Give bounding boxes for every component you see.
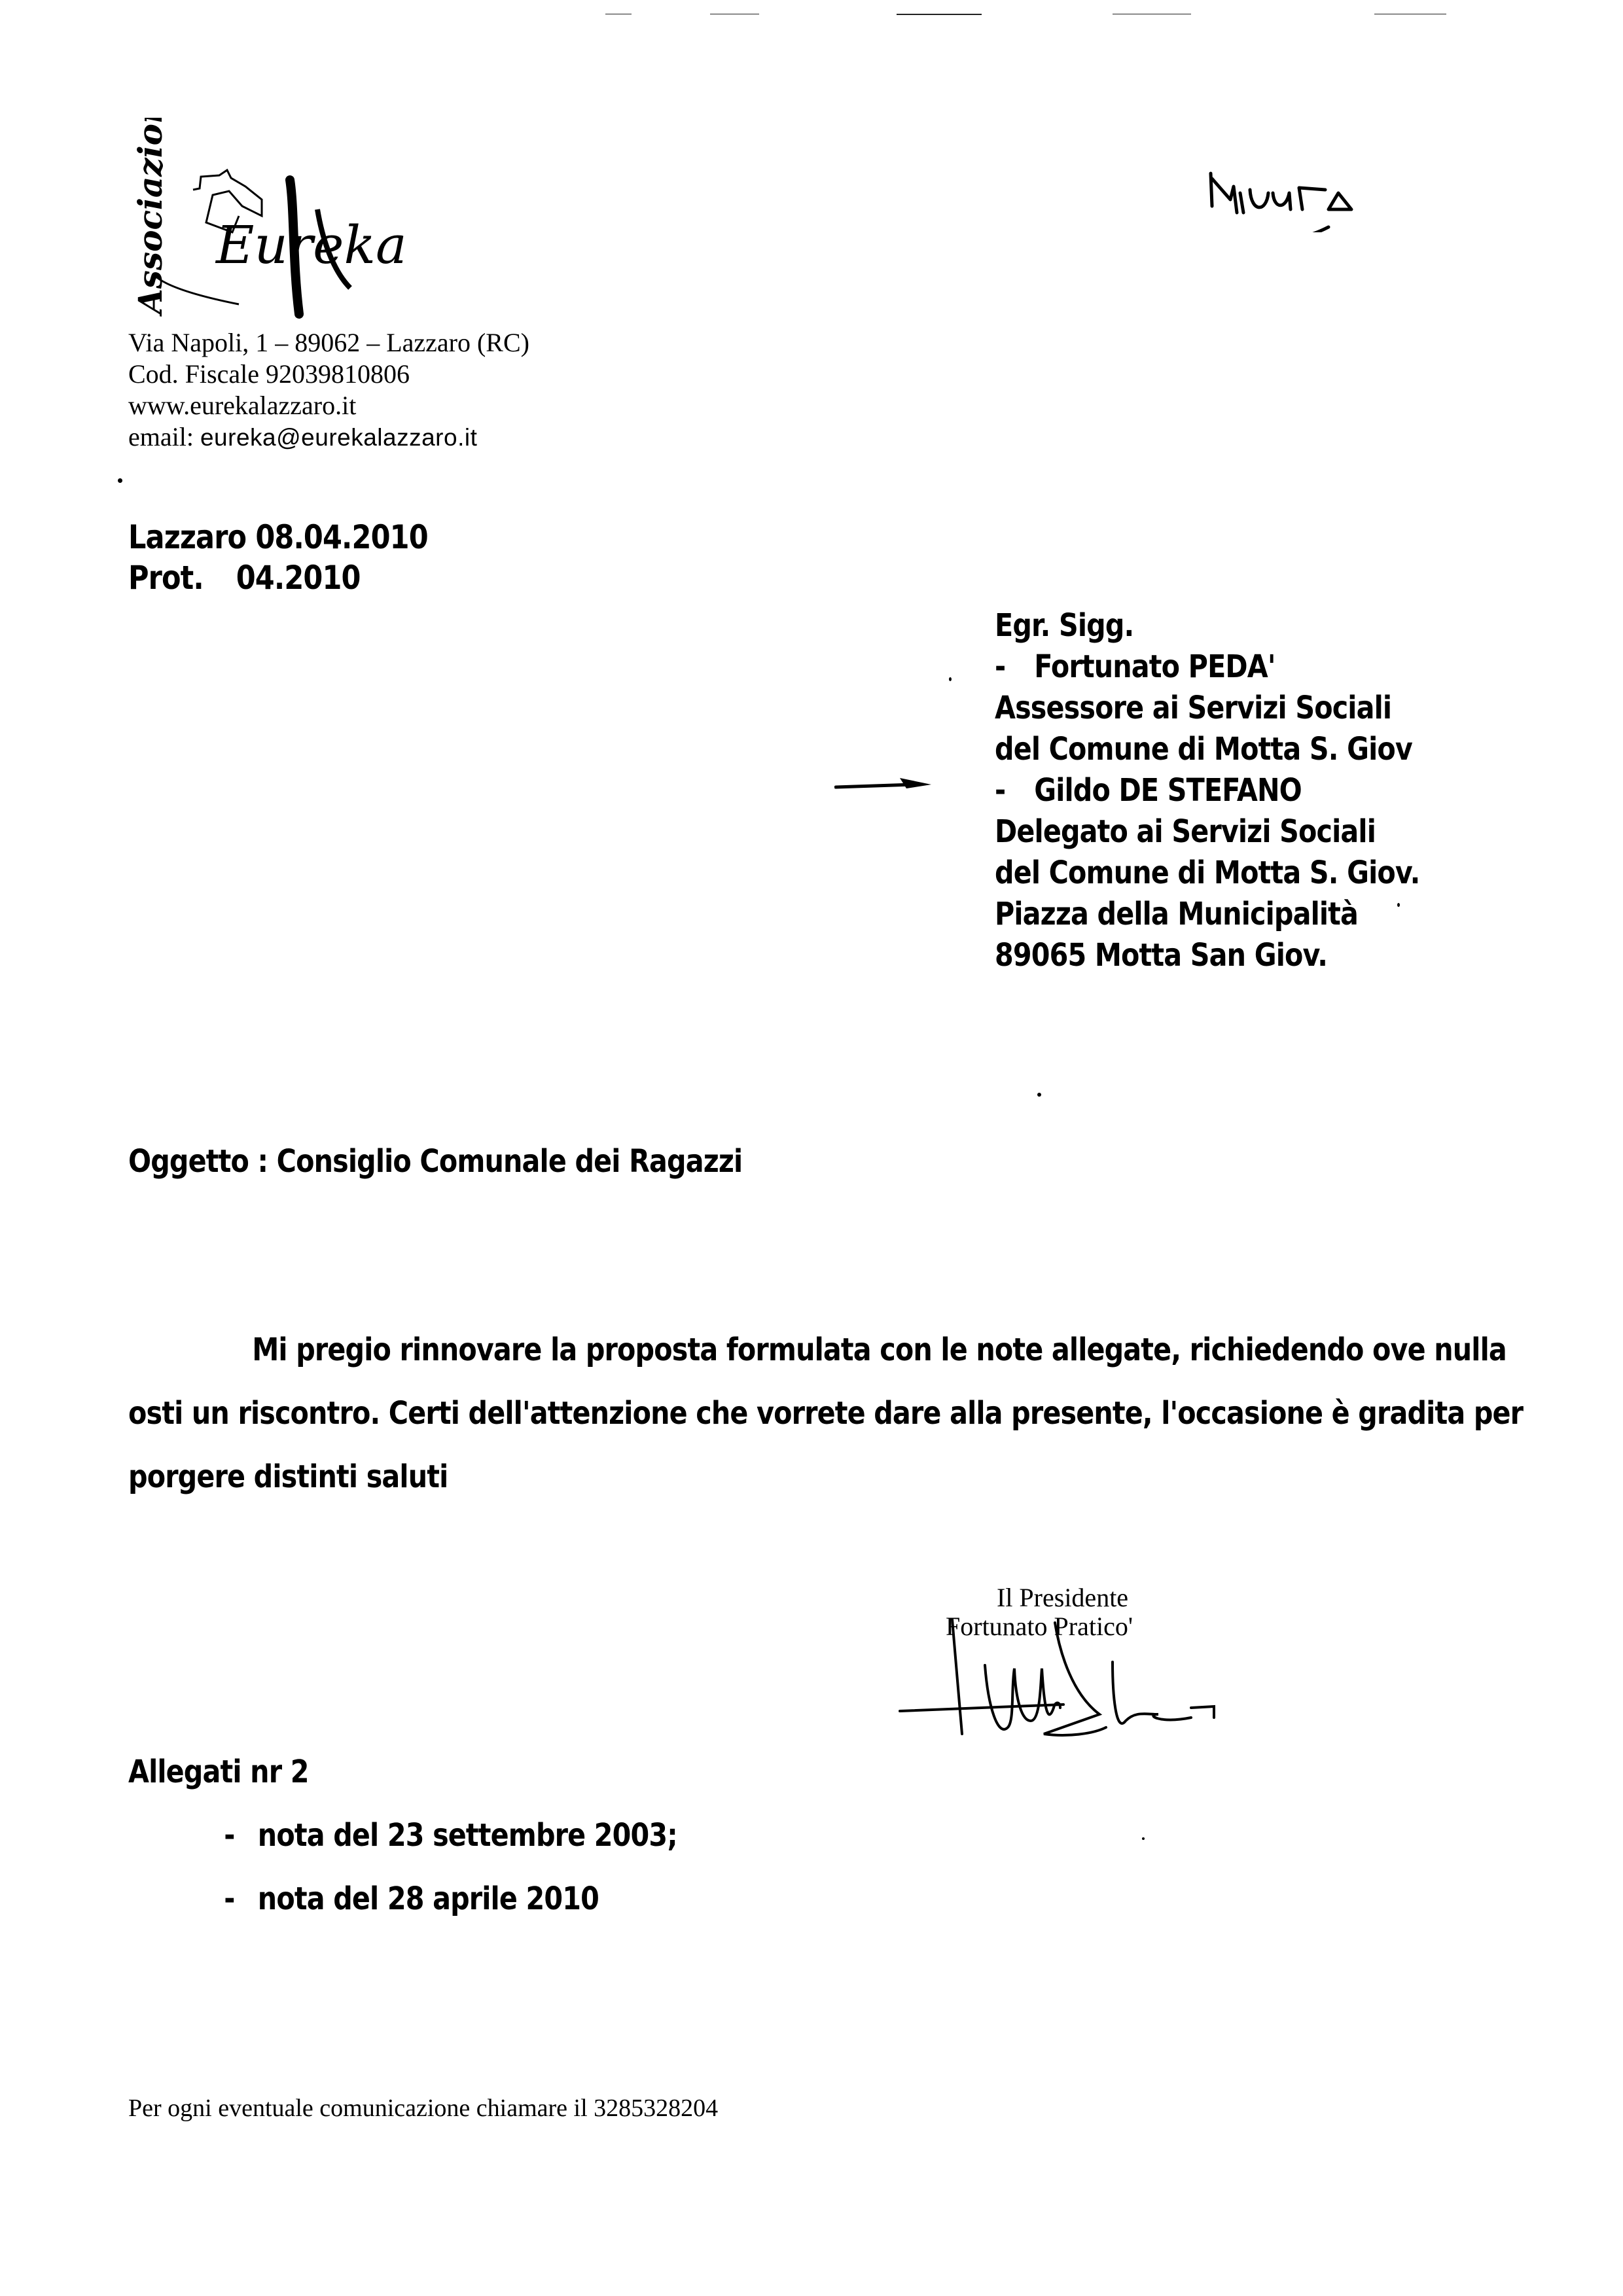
scan-speck xyxy=(118,478,122,483)
handwritten-signature xyxy=(883,1603,1276,1740)
website-link[interactable]: www.eurekalazzaro.it xyxy=(128,390,529,421)
svg-text:Associazione: Associazione xyxy=(131,118,169,317)
protocol-line: Prot.04.2010 xyxy=(128,557,428,598)
body-line-3: porgere distinti saluti xyxy=(128,1445,1321,1509)
recipient-1-name: -Fortunato PEDA' xyxy=(995,646,1419,688)
fiscal-code: Cod. Fiscale 92039810806 xyxy=(128,359,529,390)
recipient-2-role: Delegato ai Servizi Sociali xyxy=(995,811,1419,853)
recipient-block: Egr. Sigg. -Fortunato PEDA' Assessore ai… xyxy=(995,605,1419,976)
recipient-street: Piazza della Municipalità xyxy=(995,894,1419,935)
scan-speck xyxy=(949,677,952,681)
recipient-1-role: Assessore ai Servizi Sociali xyxy=(995,688,1419,729)
email-link[interactable]: eureka@eurekalazzaro.it xyxy=(200,424,477,451)
salutation: Egr. Sigg. xyxy=(995,605,1419,646)
address: Via Napoli, 1 – 89062 – Lazzaro (RC) xyxy=(128,327,529,359)
date-line: Lazzaro 08.04.2010 xyxy=(128,517,428,557)
letter-body: Mi pregio rinnovare la proposta formulat… xyxy=(128,1318,1321,1509)
date-block: Lazzaro 08.04.2010 Prot.04.2010 xyxy=(128,517,428,598)
recipient-2-office: del Comune di Motta S. Giov. xyxy=(995,853,1419,894)
scan-artifact xyxy=(897,14,982,15)
email-line: email: eureka@eurekalazzaro.it xyxy=(128,421,529,453)
recipient-city: 89065 Motta San Giov. xyxy=(995,935,1419,976)
attachment-item: -nota del 23 settembre 2003; xyxy=(128,1804,677,1867)
recipient-1-office: del Comune di Motta S. Giov xyxy=(995,729,1419,770)
arrow-right-icon xyxy=(834,775,939,795)
footer-contact: Per ogni eventuale comunicazione chiamar… xyxy=(128,2094,718,2123)
association-logo: Associazione Eureka xyxy=(128,118,435,327)
eureka-logo-icon: Associazione Eureka xyxy=(128,118,435,327)
recipient-2-name: -Gildo DE STEFANO xyxy=(995,770,1419,811)
email-label: email: xyxy=(128,422,194,451)
scan-artifact xyxy=(710,14,759,14)
body-line-2: osti un riscontro. Certi dell'attenzione… xyxy=(128,1382,1321,1445)
attachments-section: Allegati nr 2 -nota del 23 settembre 200… xyxy=(128,1740,677,1931)
scan-speck xyxy=(1142,1837,1145,1840)
handwritten-note: Minuta xyxy=(1204,147,1400,232)
subject-line: Oggetto : Consiglio Comunale dei Ragazzi xyxy=(128,1142,742,1181)
attachments-heading: Allegati nr 2 xyxy=(128,1740,677,1804)
svg-text:Eureka: Eureka xyxy=(215,215,407,275)
handwritten-minuta-icon: Minuta xyxy=(1204,147,1400,232)
scan-artifact xyxy=(1374,14,1446,14)
scan-speck xyxy=(1397,903,1400,907)
protocol-label: Prot. xyxy=(128,559,204,597)
scan-speck xyxy=(1037,1093,1041,1097)
scan-artifact xyxy=(605,14,632,14)
signature-icon xyxy=(883,1603,1276,1740)
letterhead-info: Via Napoli, 1 – 89062 – Lazzaro (RC) Cod… xyxy=(128,327,529,453)
handwritten-arrow xyxy=(834,775,939,795)
scan-artifact xyxy=(1113,14,1191,14)
body-line-1: Mi pregio rinnovare la proposta formulat… xyxy=(128,1318,1321,1382)
attachment-item: -nota del 28 aprile 2010 xyxy=(128,1867,677,1931)
protocol-number: 04.2010 xyxy=(236,557,361,598)
